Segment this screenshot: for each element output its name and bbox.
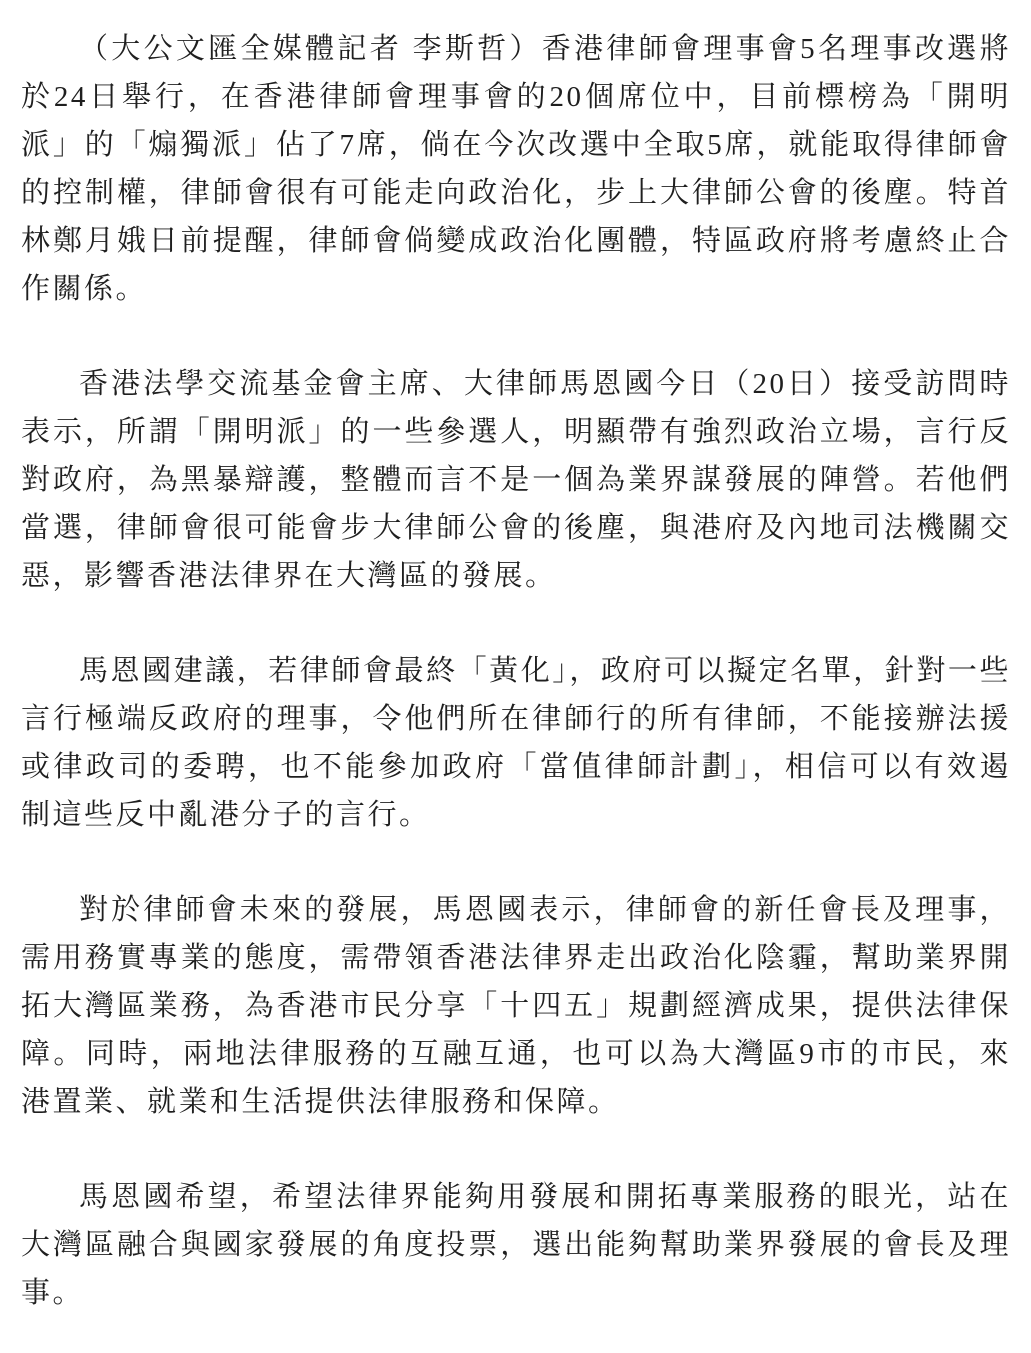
article-paragraph-3: 馬恩國建議，若律師會最終「黃化」，政府可以擬定名單，針對一些言行極端反政府的理事… (21, 647, 1011, 839)
article-paragraph-1: （大公文匯全媒體記者 李斯哲）香港律師會理事會5名理事改選將於24日舉行，在香港… (21, 25, 1011, 313)
document-page: （大公文匯全媒體記者 李斯哲）香港律師會理事會5名理事改選將於24日舉行，在香港… (0, 0, 1031, 1353)
article-paragraph-5: 馬恩國希望，希望法律界能夠用發展和開拓專業服務的眼光，站在大灣區融合與國家發展的… (21, 1173, 1011, 1317)
article-paragraph-2: 香港法學交流基金會主席、大律師馬恩國今日（20日）接受訪問時表示，所謂「開明派」… (21, 360, 1011, 600)
article-paragraph-4: 對於律師會未來的發展，馬恩國表示，律師會的新任會長及理事，需用務實專業的態度，需… (21, 886, 1011, 1126)
article-body: （大公文匯全媒體記者 李斯哲）香港律師會理事會5名理事改選將於24日舉行，在香港… (21, 25, 1011, 1317)
